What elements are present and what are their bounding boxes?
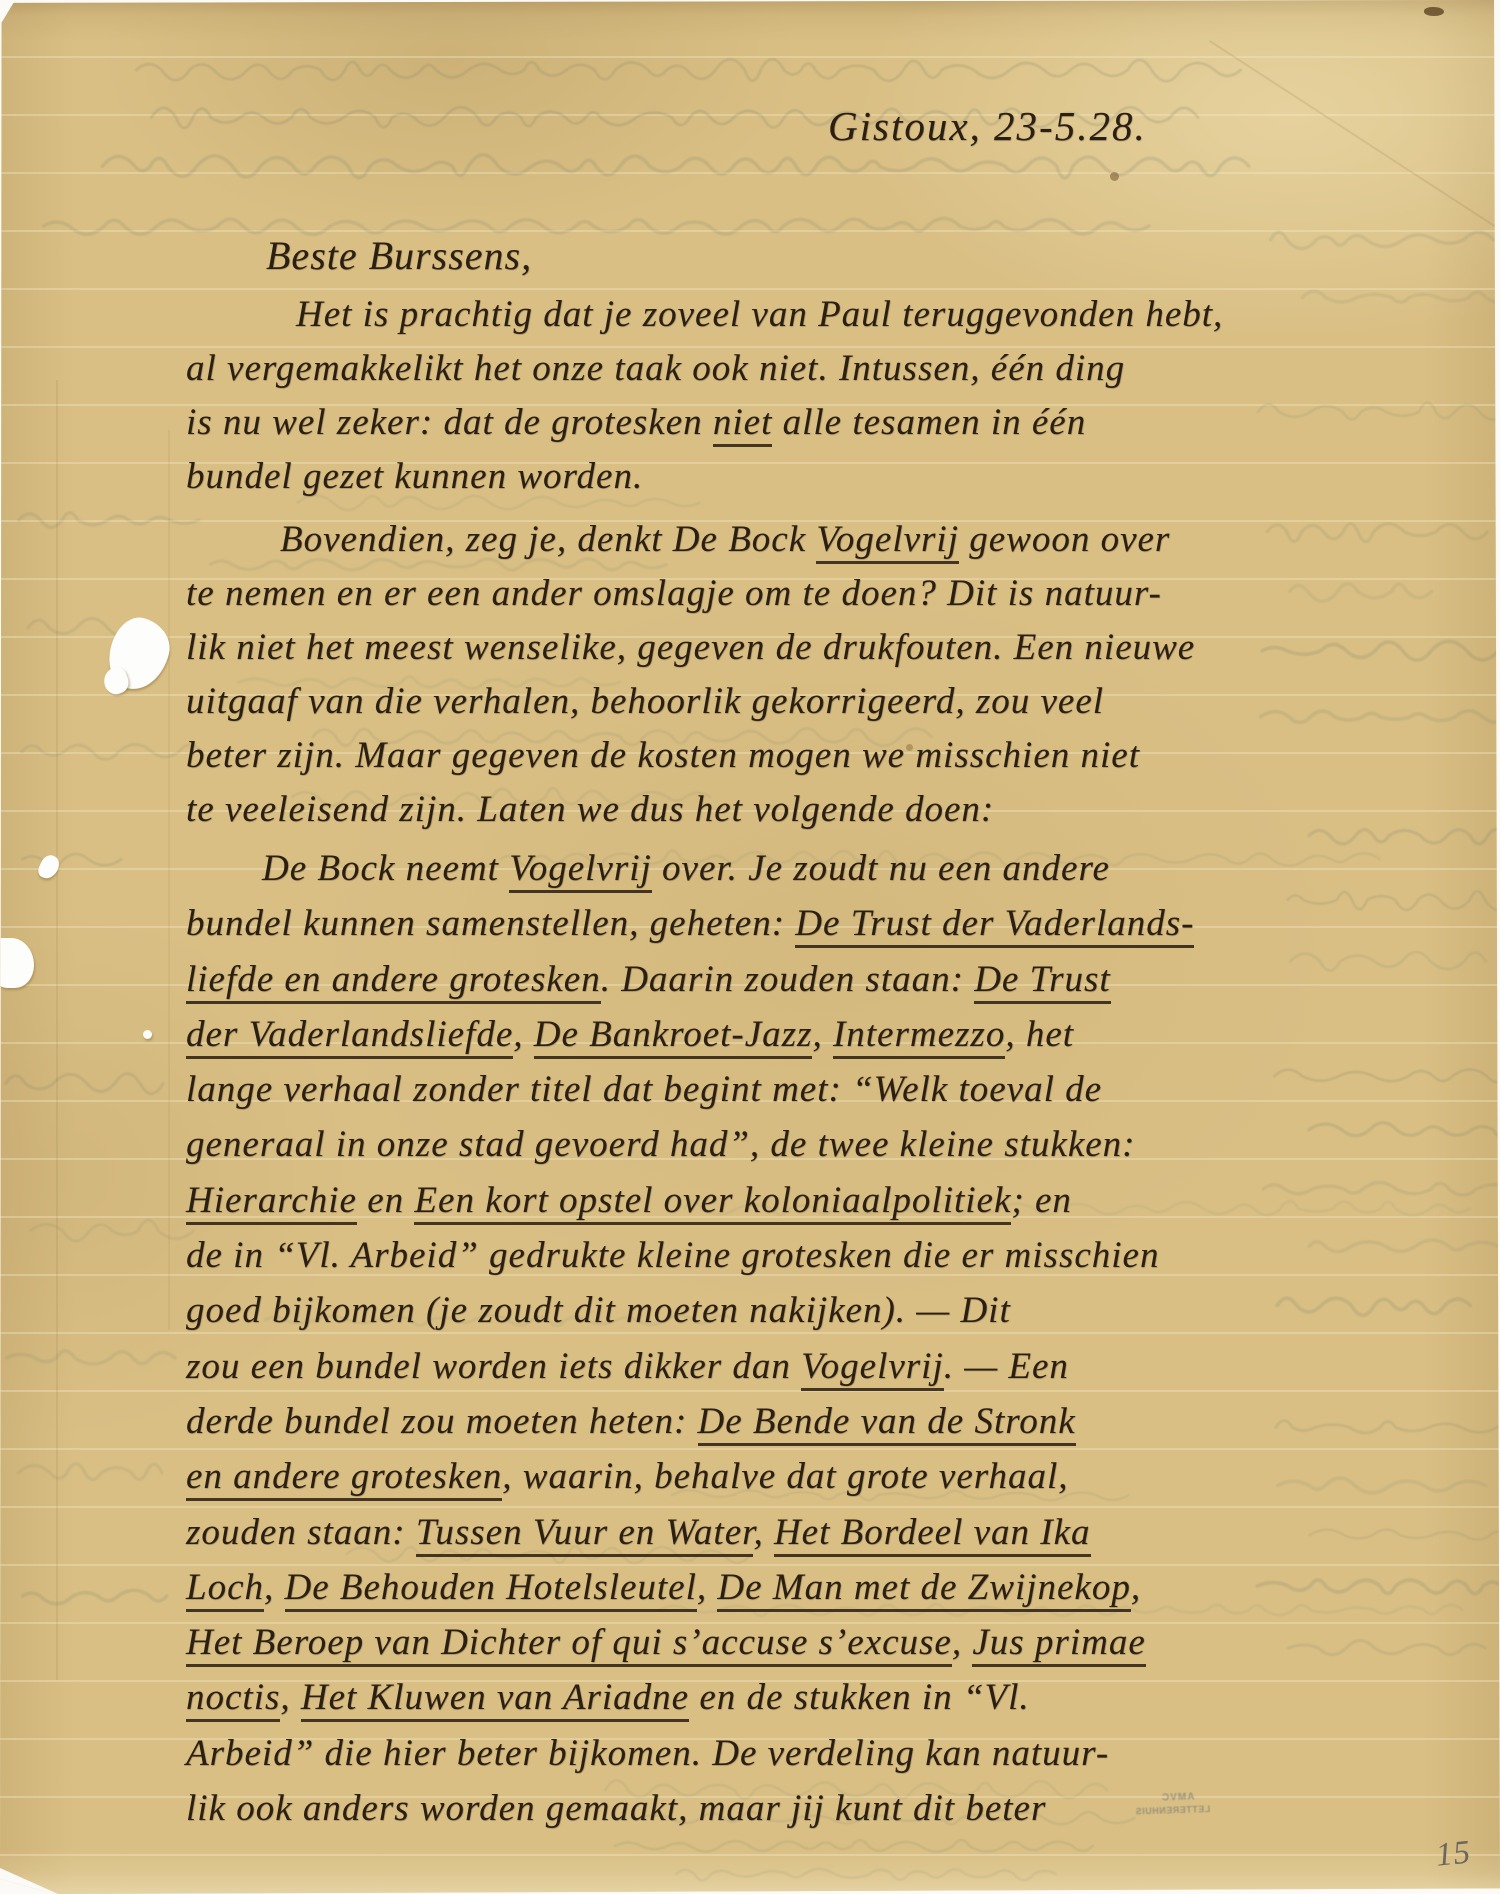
text-run: ; en <box>1011 1180 1072 1221</box>
letter-line: liefde en andere grotesken. Daarin zoude… <box>186 952 1346 1007</box>
letter-line: lik niet het meest wenselike, gegeven de… <box>186 621 1346 675</box>
text-run: De Bock neemt <box>262 848 509 889</box>
underlined-title: der Vaderlandsliefde <box>186 1014 513 1059</box>
underlined-title: De Behouden Hotelsleutel <box>285 1567 697 1612</box>
underlined-title: De Bankroet-Jazz <box>534 1014 813 1059</box>
letter-line: goed bijkomen (je zoudt dit moeten nakij… <box>186 1283 1346 1338</box>
underlined-title: Tussen Vuur en Water <box>416 1512 754 1557</box>
text-run: de in “Vl. Arbeid” gedrukte kleine grote… <box>186 1235 1159 1276</box>
letter-line: lange verhaal zonder titel dat begint me… <box>186 1062 1346 1117</box>
text-run: . — Een <box>944 1346 1069 1387</box>
text-run: . Daarin zouden staan: <box>601 959 974 1000</box>
letter-line: Bovendien, zeg je, denkt De Bock Vogelvr… <box>186 513 1346 567</box>
text-run: zou een bundel worden iets dikker dan <box>186 1346 801 1387</box>
text-run: , <box>697 1567 718 1608</box>
text-run: te veeleisend zijn. Laten we dus het vol… <box>186 789 994 830</box>
text-run: , waarin, behalve dat grote verhaal, <box>502 1456 1068 1497</box>
underlined-title: De Trust der Vaderlands- <box>795 903 1194 948</box>
underlined-title: Het Beroep van Dichter of qui s’accuse s… <box>186 1622 952 1667</box>
paragraph: Het is prachtig dat je zoveel van Paul t… <box>186 288 1346 504</box>
ink-fleck <box>906 744 913 751</box>
underlined-title: noctis <box>186 1677 280 1722</box>
text-run: en de stukken in “Vl. <box>689 1677 1030 1718</box>
text-run: Bovendien, zeg je, denkt De Bock <box>280 519 816 560</box>
letter-line: zou een bundel worden iets dikker dan Vo… <box>186 1339 1346 1394</box>
underlined-title: Het Kluwen van Ariadne <box>301 1677 689 1722</box>
letter-line: Arbeid” die hier beter bijkomen. De verd… <box>186 1726 1346 1781</box>
letter-line: zouden staan: Tussen Vuur en Water, Het … <box>186 1505 1346 1560</box>
torn-corner <box>0 1868 58 1894</box>
text-run: al vergemakkelikt het onze taak ook niet… <box>186 348 1125 389</box>
letter-line: al vergemakkelikt het onze taak ook niet… <box>186 342 1346 396</box>
text-run: Arbeid” die hier beter bijkomen. De verd… <box>186 1733 1109 1774</box>
letter-line: Het Beroep van Dichter of qui s’accuse s… <box>186 1615 1346 1670</box>
paper-hole <box>0 938 34 988</box>
letter-line: bundel kunnen samenstellen, geheten: De … <box>186 896 1346 951</box>
text-run: goed bijkomen (je zoudt dit moeten nakij… <box>186 1290 1011 1331</box>
underlined-title: Het Bordeel van Ika <box>774 1512 1091 1557</box>
text-run: alle tesamen in één <box>772 402 1086 443</box>
salutation: Beste Burssens, <box>266 232 532 279</box>
page-number-pencil: 15 <box>1434 1834 1473 1874</box>
letter-line: bundel gezet kunnen worden. <box>186 450 1346 504</box>
letter-line: generaal in onze stad gevoerd had”, de t… <box>186 1117 1346 1172</box>
text-run: gewoon over <box>959 519 1170 560</box>
text-run: bundel gezet kunnen worden. <box>186 456 643 497</box>
paper-crease <box>168 430 170 1330</box>
text-run: , <box>264 1567 285 1608</box>
letter-line: Hierarchie en Een kort opstel over kolon… <box>186 1173 1346 1228</box>
paper-crease <box>1209 40 1500 270</box>
text-run: , <box>812 1014 833 1055</box>
letter-line: derde bundel zou moeten heten: De Bende … <box>186 1394 1346 1449</box>
underlined-title: De Bende van de Stronk <box>698 1401 1076 1446</box>
text-run: lik ook anders worden gemaakt, maar jij … <box>186 1788 1046 1829</box>
letter-line: De Bock neemt Vogelvrij over. Je zoudt n… <box>186 841 1346 896</box>
paper-hole <box>36 852 62 881</box>
underlined-title: Intermezzo <box>833 1014 1005 1059</box>
text-run: , <box>513 1014 534 1055</box>
text-run: , <box>952 1622 973 1663</box>
archive-stamp-bleedthrough: AMVC LETTERENHUIS <box>1146 1791 1211 1817</box>
text-run: zouden staan: <box>186 1512 416 1553</box>
underlined-title: Vogelvrij <box>801 1346 944 1391</box>
letter-line: en andere grotesken, waarin, behalve dat… <box>186 1449 1346 1504</box>
underlined-title: liefde en andere grotesken <box>186 959 601 1004</box>
underlined-title: De Trust <box>974 959 1111 1004</box>
paper-crease <box>56 380 58 1680</box>
underlined-title: Vogelvrij <box>816 519 959 564</box>
letter-line: Loch, De Behouden Hotelsleutel, De Man m… <box>186 1560 1346 1615</box>
letter-line: de in “Vl. Arbeid” gedrukte kleine grote… <box>186 1228 1346 1283</box>
text-run: Het is prachtig dat je zoveel van Paul t… <box>296 294 1223 335</box>
underlined-title: Hierarchie <box>186 1180 357 1225</box>
text-run: beter zijn. Maar gegeven de kosten mogen… <box>186 735 1140 776</box>
underlined-title: Loch <box>186 1567 264 1612</box>
text-run: bundel kunnen samenstellen, geheten: <box>186 903 795 944</box>
underlined-title: en andere grotesken <box>186 1456 502 1501</box>
text-run: te nemen en er een ander omslagje om te … <box>186 573 1162 614</box>
text-run: en <box>357 1180 414 1221</box>
ink-fleck <box>1110 172 1119 181</box>
dateline: Gistoux, 23-5.28. <box>828 102 1147 150</box>
text-run: over. Je zoudt nu een andere <box>652 848 1110 889</box>
letter-page: Gistoux, 23-5.28. Beste Burssens, Het is… <box>0 0 1500 1894</box>
text-run: , het <box>1005 1014 1074 1055</box>
underlined-title: Jus primae <box>972 1622 1145 1667</box>
letter-line: Het is prachtig dat je zoveel van Paul t… <box>186 288 1346 342</box>
paper-hole <box>143 1030 152 1039</box>
letter-line: te veeleisend zijn. Laten we dus het vol… <box>186 783 1346 837</box>
letter-line: beter zijn. Maar gegeven de kosten mogen… <box>186 729 1346 783</box>
letter-line: te nemen en er een ander omslagje om te … <box>186 567 1346 621</box>
text-run: generaal in onze stad gevoerd had”, de t… <box>186 1124 1136 1165</box>
underlined-title: Vogelvrij <box>509 848 652 893</box>
scanned-letter: Gistoux, 23-5.28. Beste Burssens, Het is… <box>0 0 1500 1894</box>
text-run: lik niet het meest wenselike, gegeven de… <box>186 627 1195 668</box>
text-run: is nu wel zeker: dat de grotesken <box>186 402 713 443</box>
paragraph: De Bock neemt Vogelvrij over. Je zoudt n… <box>186 841 1346 1836</box>
underlined-title: niet <box>713 402 772 447</box>
text-run: , <box>1131 1567 1141 1608</box>
underlined-title: Een kort opstel over koloniaalpolitiek <box>414 1180 1011 1225</box>
underlined-title: De Man met de Zwijnekop <box>717 1567 1130 1612</box>
text-run: derde bundel zou moeten heten: <box>186 1401 698 1442</box>
letter-line: der Vaderlandsliefde, De Bankroet-Jazz, … <box>186 1007 1346 1062</box>
paragraph: Bovendien, zeg je, denkt De Bock Vogelvr… <box>186 513 1346 837</box>
text-run: , <box>280 1677 301 1718</box>
text-run: lange verhaal zonder titel dat begint me… <box>186 1069 1102 1110</box>
letter-line: noctis, Het Kluwen van Ariadne en de stu… <box>186 1670 1346 1725</box>
stamp-line: LETTERENHUIS <box>1146 1803 1210 1816</box>
text-run: uitgaaf van die verhalen, behoorlik geko… <box>186 681 1104 722</box>
letter-line: is nu wel zeker: dat de grotesken niet a… <box>186 396 1346 450</box>
text-run: , <box>753 1512 774 1553</box>
letter-line: uitgaaf van die verhalen, behoorlik geko… <box>186 675 1346 729</box>
ink-fleck <box>1424 7 1444 16</box>
